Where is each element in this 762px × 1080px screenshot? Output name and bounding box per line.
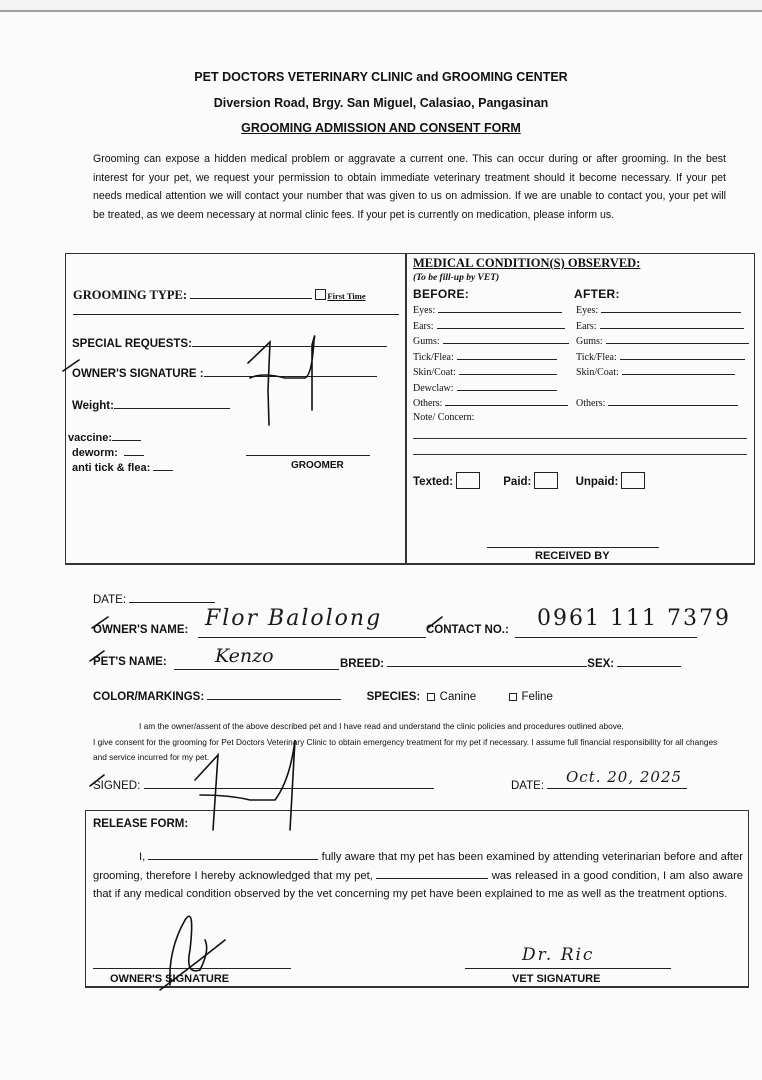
owner-signature-stroke	[248, 342, 270, 425]
handwritten-marks	[0, 0, 762, 1080]
